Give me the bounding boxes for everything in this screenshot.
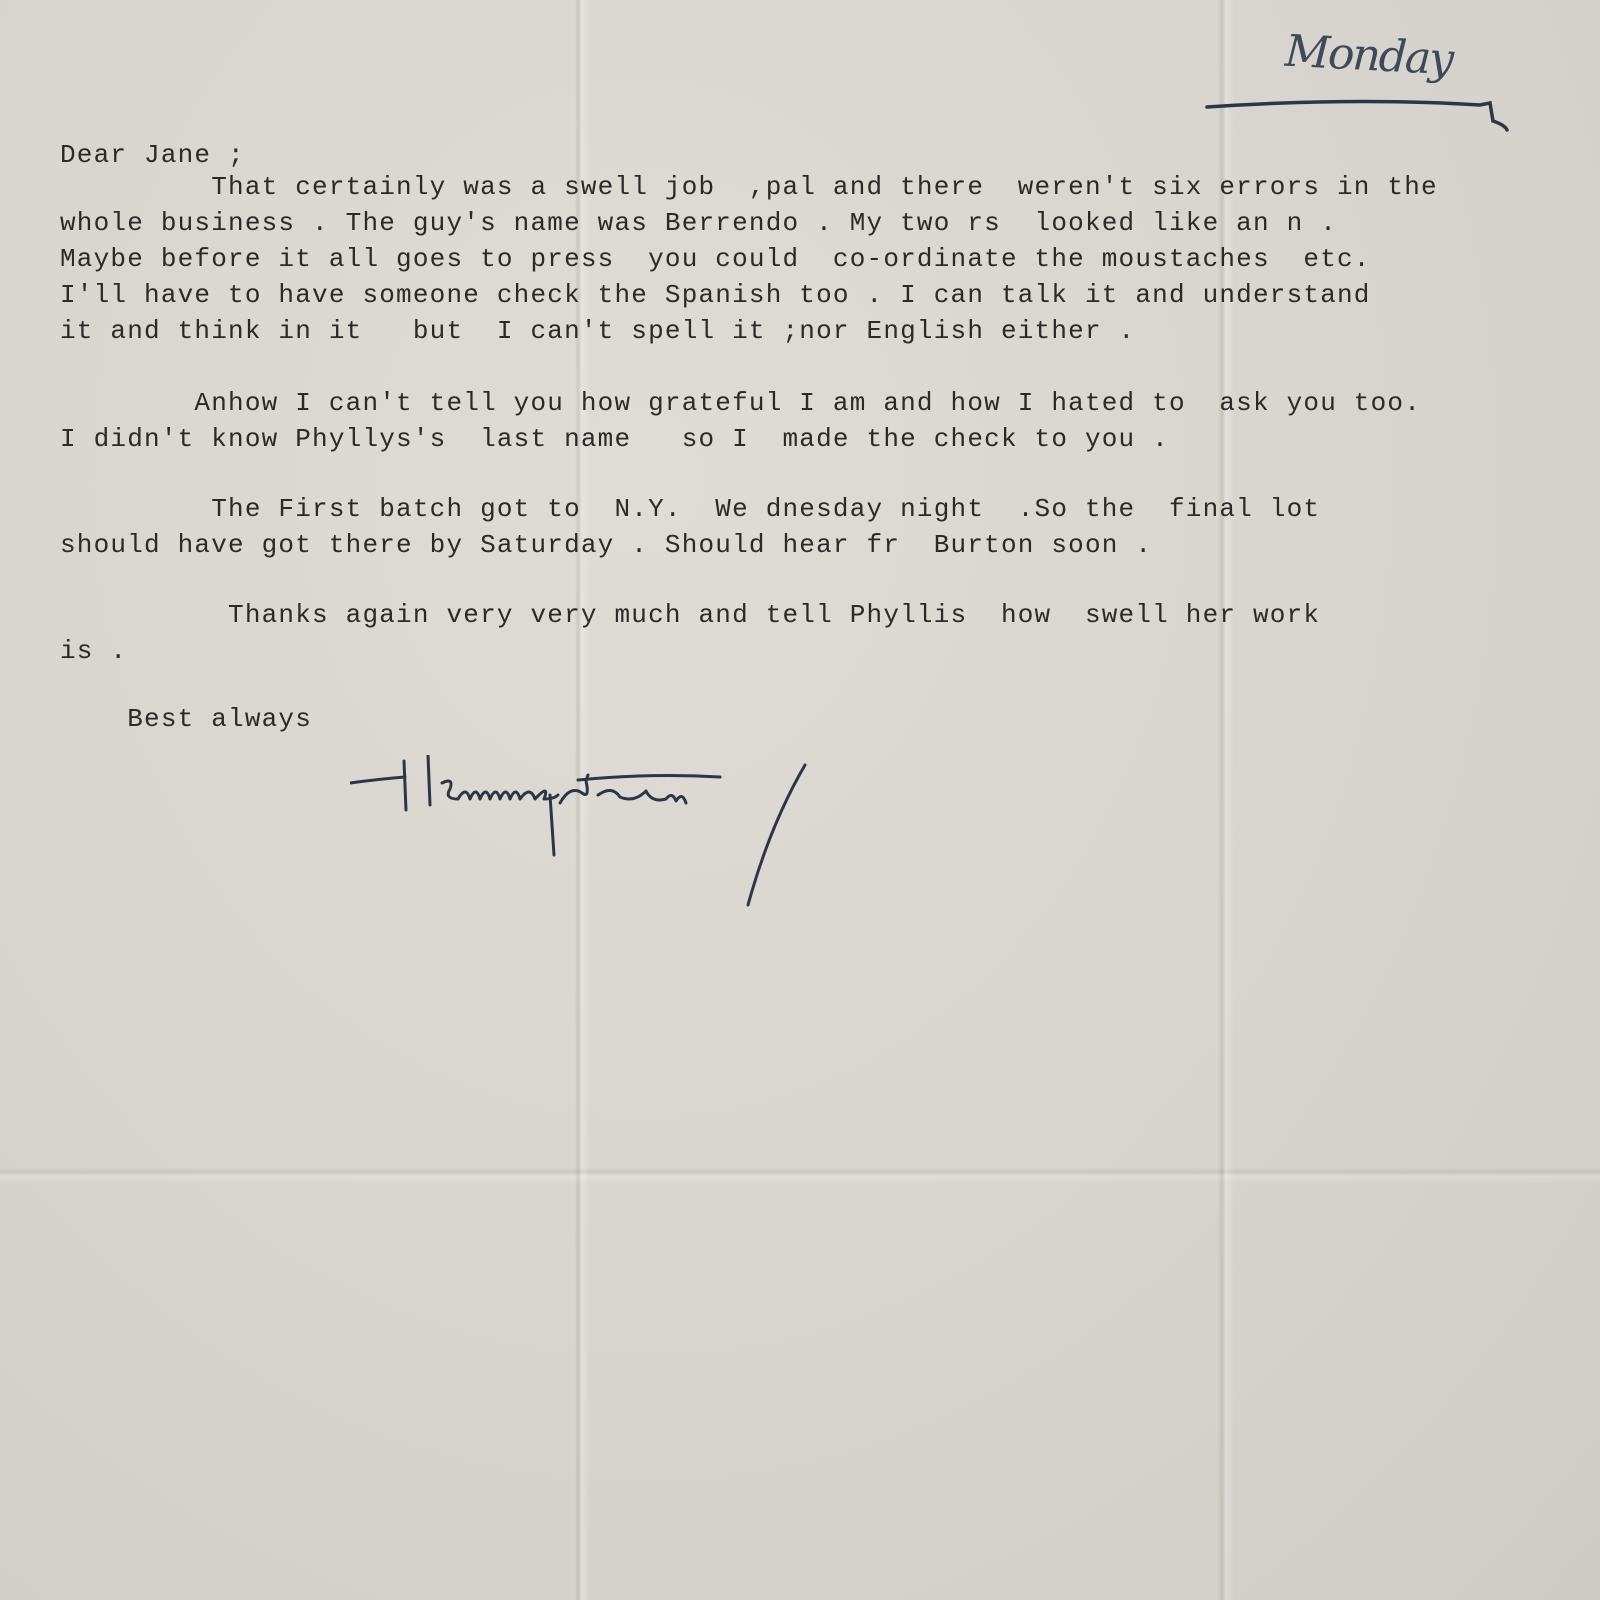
paragraph-4-line-2: is . (60, 636, 127, 666)
paragraph-1-line-1: That certainly was a swell job ,pal and … (60, 172, 1438, 202)
date-underline (1205, 95, 1515, 135)
closing: Best always (60, 704, 312, 734)
paragraph-1-line-2: whole business . The guy's name was Berr… (60, 208, 1337, 238)
paragraph-3-line-2: should have got there by Saturday . Shou… (60, 530, 1152, 560)
paragraph-1-line-3: Maybe before it all goes to press you co… (60, 244, 1371, 274)
paragraph-2-line-2: I didn't know Phyllys's last name so I m… (60, 424, 1169, 454)
paragraph-1-line-5: it and think in it but I can't spell it … (60, 316, 1135, 346)
paragraph-3-line-1: The First batch got to N.Y. We dnesday n… (60, 494, 1320, 524)
handwritten-signature: Hemingway (350, 755, 810, 925)
salutation: Dear Jane ; (60, 140, 245, 170)
paragraph-2-line-1: Anhow I can't tell you how grateful I am… (60, 388, 1421, 418)
paragraph-4-line-1: Thanks again very very much and tell Phy… (60, 600, 1320, 630)
handwritten-date: Monday (1284, 26, 1454, 86)
paragraph-1-line-4: I'll have to have someone check the Span… (60, 280, 1371, 310)
